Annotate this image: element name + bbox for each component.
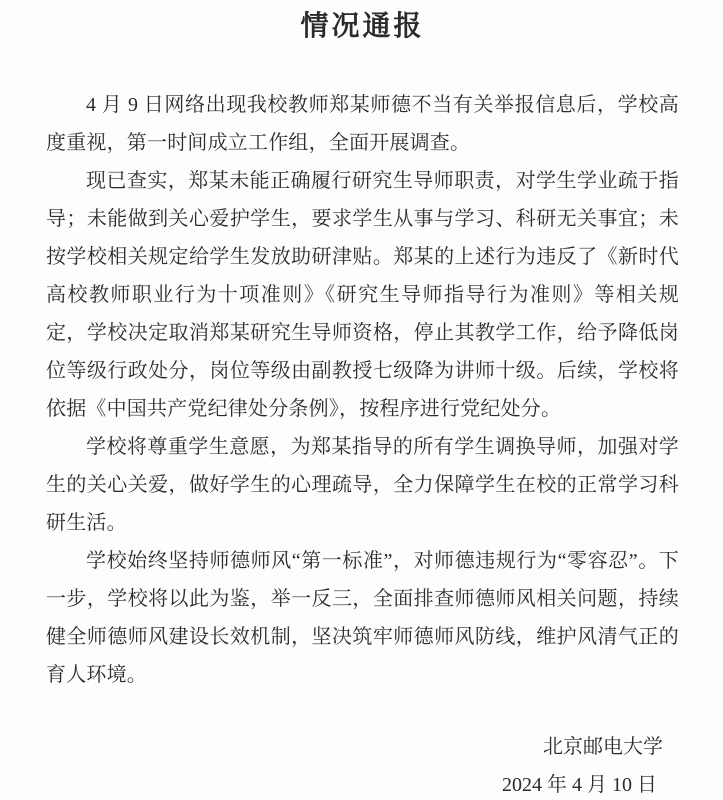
notice-document: 情况通报 4 月 9 日网络出现我校教师郑某师德不当有关举报信息后，学校高度重视…	[0, 0, 723, 800]
signature-date: 2024 年 4 月 10 日	[46, 766, 679, 800]
paragraph-commitment: 学校始终坚持师德师风“第一标准”，对师德违规行为“零容忍”。下一步，学校将以此为…	[46, 542, 679, 694]
signature-organization: 北京邮电大学	[46, 728, 679, 766]
paragraph-findings: 现已查实，郑某未能正确履行研究生导师职责，对学生学业疏于指导；未能做到关心爱护学…	[46, 162, 679, 428]
page-title: 情况通报	[46, 6, 679, 48]
paragraph-intro: 4 月 9 日网络出现我校教师郑某师德不当有关举报信息后，学校高度重视，第一时间…	[46, 86, 679, 162]
document-body: 4 月 9 日网络出现我校教师郑某师德不当有关举报信息后，学校高度重视，第一时间…	[46, 86, 679, 694]
signature-block: 北京邮电大学 2024 年 4 月 10 日	[46, 728, 679, 800]
paragraph-student-care: 学校将尊重学生意愿，为郑某指导的所有学生调换导师，加强对学生的关心关爱，做好学生…	[46, 428, 679, 542]
